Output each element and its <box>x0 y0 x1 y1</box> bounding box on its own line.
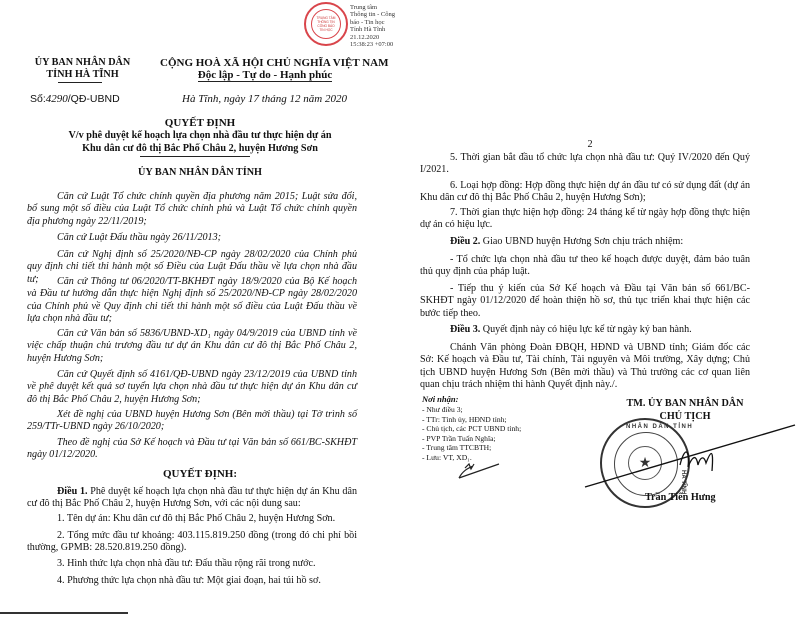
preamble-4: Căn cứ Thông tư 06/2020/TT-BKHĐT ngày 18… <box>27 276 357 326</box>
article-item-text: 4. Phương thức lựa chọn nhà đầu tư: Một … <box>57 575 321 586</box>
article-3-label: Điều 3. <box>450 324 480 335</box>
article-2: Điều 2. Giao UBND huyện Hương Sơn chịu t… <box>420 236 750 248</box>
document-subject-line2: Khu dân cư đô thị Bắc Phố Châu 2, huyện … <box>0 143 400 156</box>
page-number: 2 <box>400 139 780 152</box>
article-2-text: Giao UBND huyện Hương Sơn chịu trách nhi… <box>480 236 683 247</box>
article-1-item-6: 6. Loại hợp đồng: Hợp đồng thực hiện dự … <box>420 180 750 205</box>
article-item-text: - Tiếp thu ý kiến của Sở Kế hoạch và Đầu… <box>420 283 750 319</box>
issuing-authority: ỦY BAN NHÂN DÂN TỈNH <box>0 167 400 180</box>
digital-signature-stamp: TRUNG TÂM THÔNG TIN CÔNG BÁO TIN HỌC <box>304 2 348 46</box>
preamble-7: Xét đề nghị của UBND huyện Hương Sơn (Bê… <box>27 409 357 434</box>
agency-province: TỈNH HÀ TĨNH <box>30 69 135 82</box>
stamp-info-line: Tỉnh Hà Tĩnh <box>350 26 395 33</box>
handwritten-signature <box>580 405 800 495</box>
preamble-6: Căn cứ Quyết định số 4161/QĐ-UBND ngày 2… <box>27 369 357 406</box>
article-item-text: 6. Loại hợp đồng: Hợp đồng thực hiện dự … <box>420 180 750 203</box>
article-1-item-3: 3. Hình thức lựa chọn nhà đầu tư: Đấu th… <box>27 558 357 570</box>
doc-number-prefix: Số: <box>30 93 46 105</box>
preamble-1: Căn cứ Luật Tổ chức chính quyền địa phươ… <box>27 191 357 228</box>
article-2-item-2: - Tiếp thu ý kiến của Sở Kế hoạch và Đầu… <box>420 283 750 320</box>
preamble-text: Căn cứ Luật Đấu thầu ngày 26/11/2013; <box>57 232 221 243</box>
article-1-label: Điều 1. <box>57 486 88 497</box>
stamp-info-line: báo - Tin học <box>350 19 395 26</box>
closing-text: Chánh Văn phòng Đoàn ĐBQH, HĐND và UBND … <box>420 342 750 390</box>
preamble-text: Căn cứ Văn bản số 5836/UBND-XD₁ ngày 04/… <box>27 328 357 364</box>
article-item-text: 1. Tên dự án: Khu dân cư đô thị Bắc Phố … <box>57 513 335 524</box>
article-1: Điều 1. Phê duyệt kế hoạch lựa chọn nhà … <box>27 486 357 511</box>
article-1-item-2: 2. Tổng mức đầu tư khoảng: 403.115.819.2… <box>27 530 357 555</box>
article-3-text: Quyết định này có hiệu lực kể từ ngày ký… <box>480 324 691 335</box>
document-title: QUYẾT ĐỊNH <box>0 117 400 130</box>
recipient-item: - Như điều 3; <box>422 405 521 415</box>
document-number: Số:4290/QĐ-UBND <box>30 93 120 106</box>
preamble-text: Xét đề nghị của UBND huyện Hương Sơn (Bê… <box>27 409 357 432</box>
page-edge-line <box>0 612 128 614</box>
recipients-label: Nơi nhận: <box>422 394 458 404</box>
doc-number-handwritten: 4290 <box>46 93 68 105</box>
date-month-year: tháng 12 năm 2020 <box>259 93 347 105</box>
agency-province-text: TỈNH HÀ TĨNH <box>46 69 118 80</box>
preamble-2: Căn cứ Luật Đấu thầu ngày 26/11/2013; <box>27 232 357 244</box>
doc-number-suffix: /QĐ-UBND <box>68 93 120 105</box>
recipient-item: - TTr: Tỉnh ủy, HĐND tỉnh; <box>422 415 521 425</box>
digital-signature-info: Trung tâm Thông tin - Công báo - Tin học… <box>350 4 395 48</box>
article-1-item-1: 1. Tên dự án: Khu dân cư đô thị Bắc Phố … <box>27 513 357 525</box>
preamble-5: Căn cứ Văn bản số 5836/UBND-XD₁ ngày 04/… <box>27 328 357 365</box>
article-item-text: 3. Hình thức lựa chọn nhà đầu tư: Đấu th… <box>57 558 315 569</box>
recipient-item: - Trung tâm TTCBTH; <box>422 443 521 453</box>
preamble-text: Căn cứ Quyết định số 4161/QĐ-UBND ngày 2… <box>27 369 357 405</box>
recipient-item: - PVP Trần Tuấn Nghĩa; <box>422 434 521 444</box>
article-item-text: 2. Tổng mức đầu tư khoảng: 403.115.819.2… <box>27 530 357 553</box>
stamp-info-line: 21.12.2020 <box>350 34 395 41</box>
article-1-item-5: 5. Thời gian bắt đầu tổ chức lựa chọn nh… <box>420 152 750 177</box>
preamble-text: Căn cứ Thông tư 06/2020/TT-BKHĐT ngày 18… <box>27 276 357 324</box>
article-item-text: - Tổ chức lựa chọn nhà đầu tư theo kế ho… <box>420 254 750 277</box>
initials-mark <box>455 460 505 482</box>
issue-date: Hà Tĩnh, ngày 17 tháng 12 năm 2020 <box>182 93 347 106</box>
national-motto-text: Độc lập - Tự do - Hạnh phúc <box>198 69 332 82</box>
recipients-list: - Như điều 3; - TTr: Tỉnh ủy, HĐND tỉnh;… <box>422 405 521 463</box>
article-2-item-1: - Tổ chức lựa chọn nhà đầu tư theo kế ho… <box>420 254 750 279</box>
national-motto: Độc lập - Tự do - Hạnh phúc <box>160 69 370 82</box>
stamp-info-line: Thông tin - Công <box>350 11 395 18</box>
stamp-info-line: 15:38:23 +07:00 <box>350 41 395 48</box>
date-day-handwritten: 17 <box>248 93 259 105</box>
date-place: Hà Tĩnh, ngày <box>182 93 248 105</box>
article-2-label: Điều 2. <box>450 236 480 247</box>
article-item-text: 7. Thời gian thực hiện hợp đồng: 24 thán… <box>420 207 750 230</box>
decision-heading: QUYẾT ĐỊNH: <box>0 468 400 481</box>
preamble-8: Theo đề nghị của Sở Kế hoạch và Đầu tư t… <box>27 437 357 462</box>
subject-underline <box>140 156 250 157</box>
article-item-text: 5. Thời gian bắt đầu tổ chức lựa chọn nh… <box>420 152 750 175</box>
document-subject-line1: V/v phê duyệt kế hoạch lựa chọn nhà đầu … <box>0 130 400 143</box>
signer-name: Trần Tiến Hưng <box>645 492 716 505</box>
article-1-item-4: 4. Phương thức lựa chọn nhà đầu tư: Một … <box>27 575 357 587</box>
agency-underline <box>58 82 102 83</box>
closing-paragraph: Chánh Văn phòng Đoàn ĐBQH, HĐND và UBND … <box>420 342 750 392</box>
article-1-item-7: 7. Thời gian thực hiện hợp đồng: 24 thán… <box>420 207 750 232</box>
recipient-item: - Chủ tịch, các PCT UBND tỉnh; <box>422 424 521 434</box>
preamble-text: Theo đề nghị của Sở Kế hoạch và Đầu tư t… <box>27 437 357 460</box>
stamp-line: TIN HỌC <box>319 28 332 32</box>
preamble-text: Căn cứ Luật Tổ chức chính quyền địa phươ… <box>27 191 357 227</box>
stamp-info-line: Trung tâm <box>350 4 395 11</box>
article-3: Điều 3. Quyết định này có hiệu lực kể từ… <box>420 324 750 336</box>
agency-name: ỦY BAN NHÂN DÂN <box>30 57 135 70</box>
